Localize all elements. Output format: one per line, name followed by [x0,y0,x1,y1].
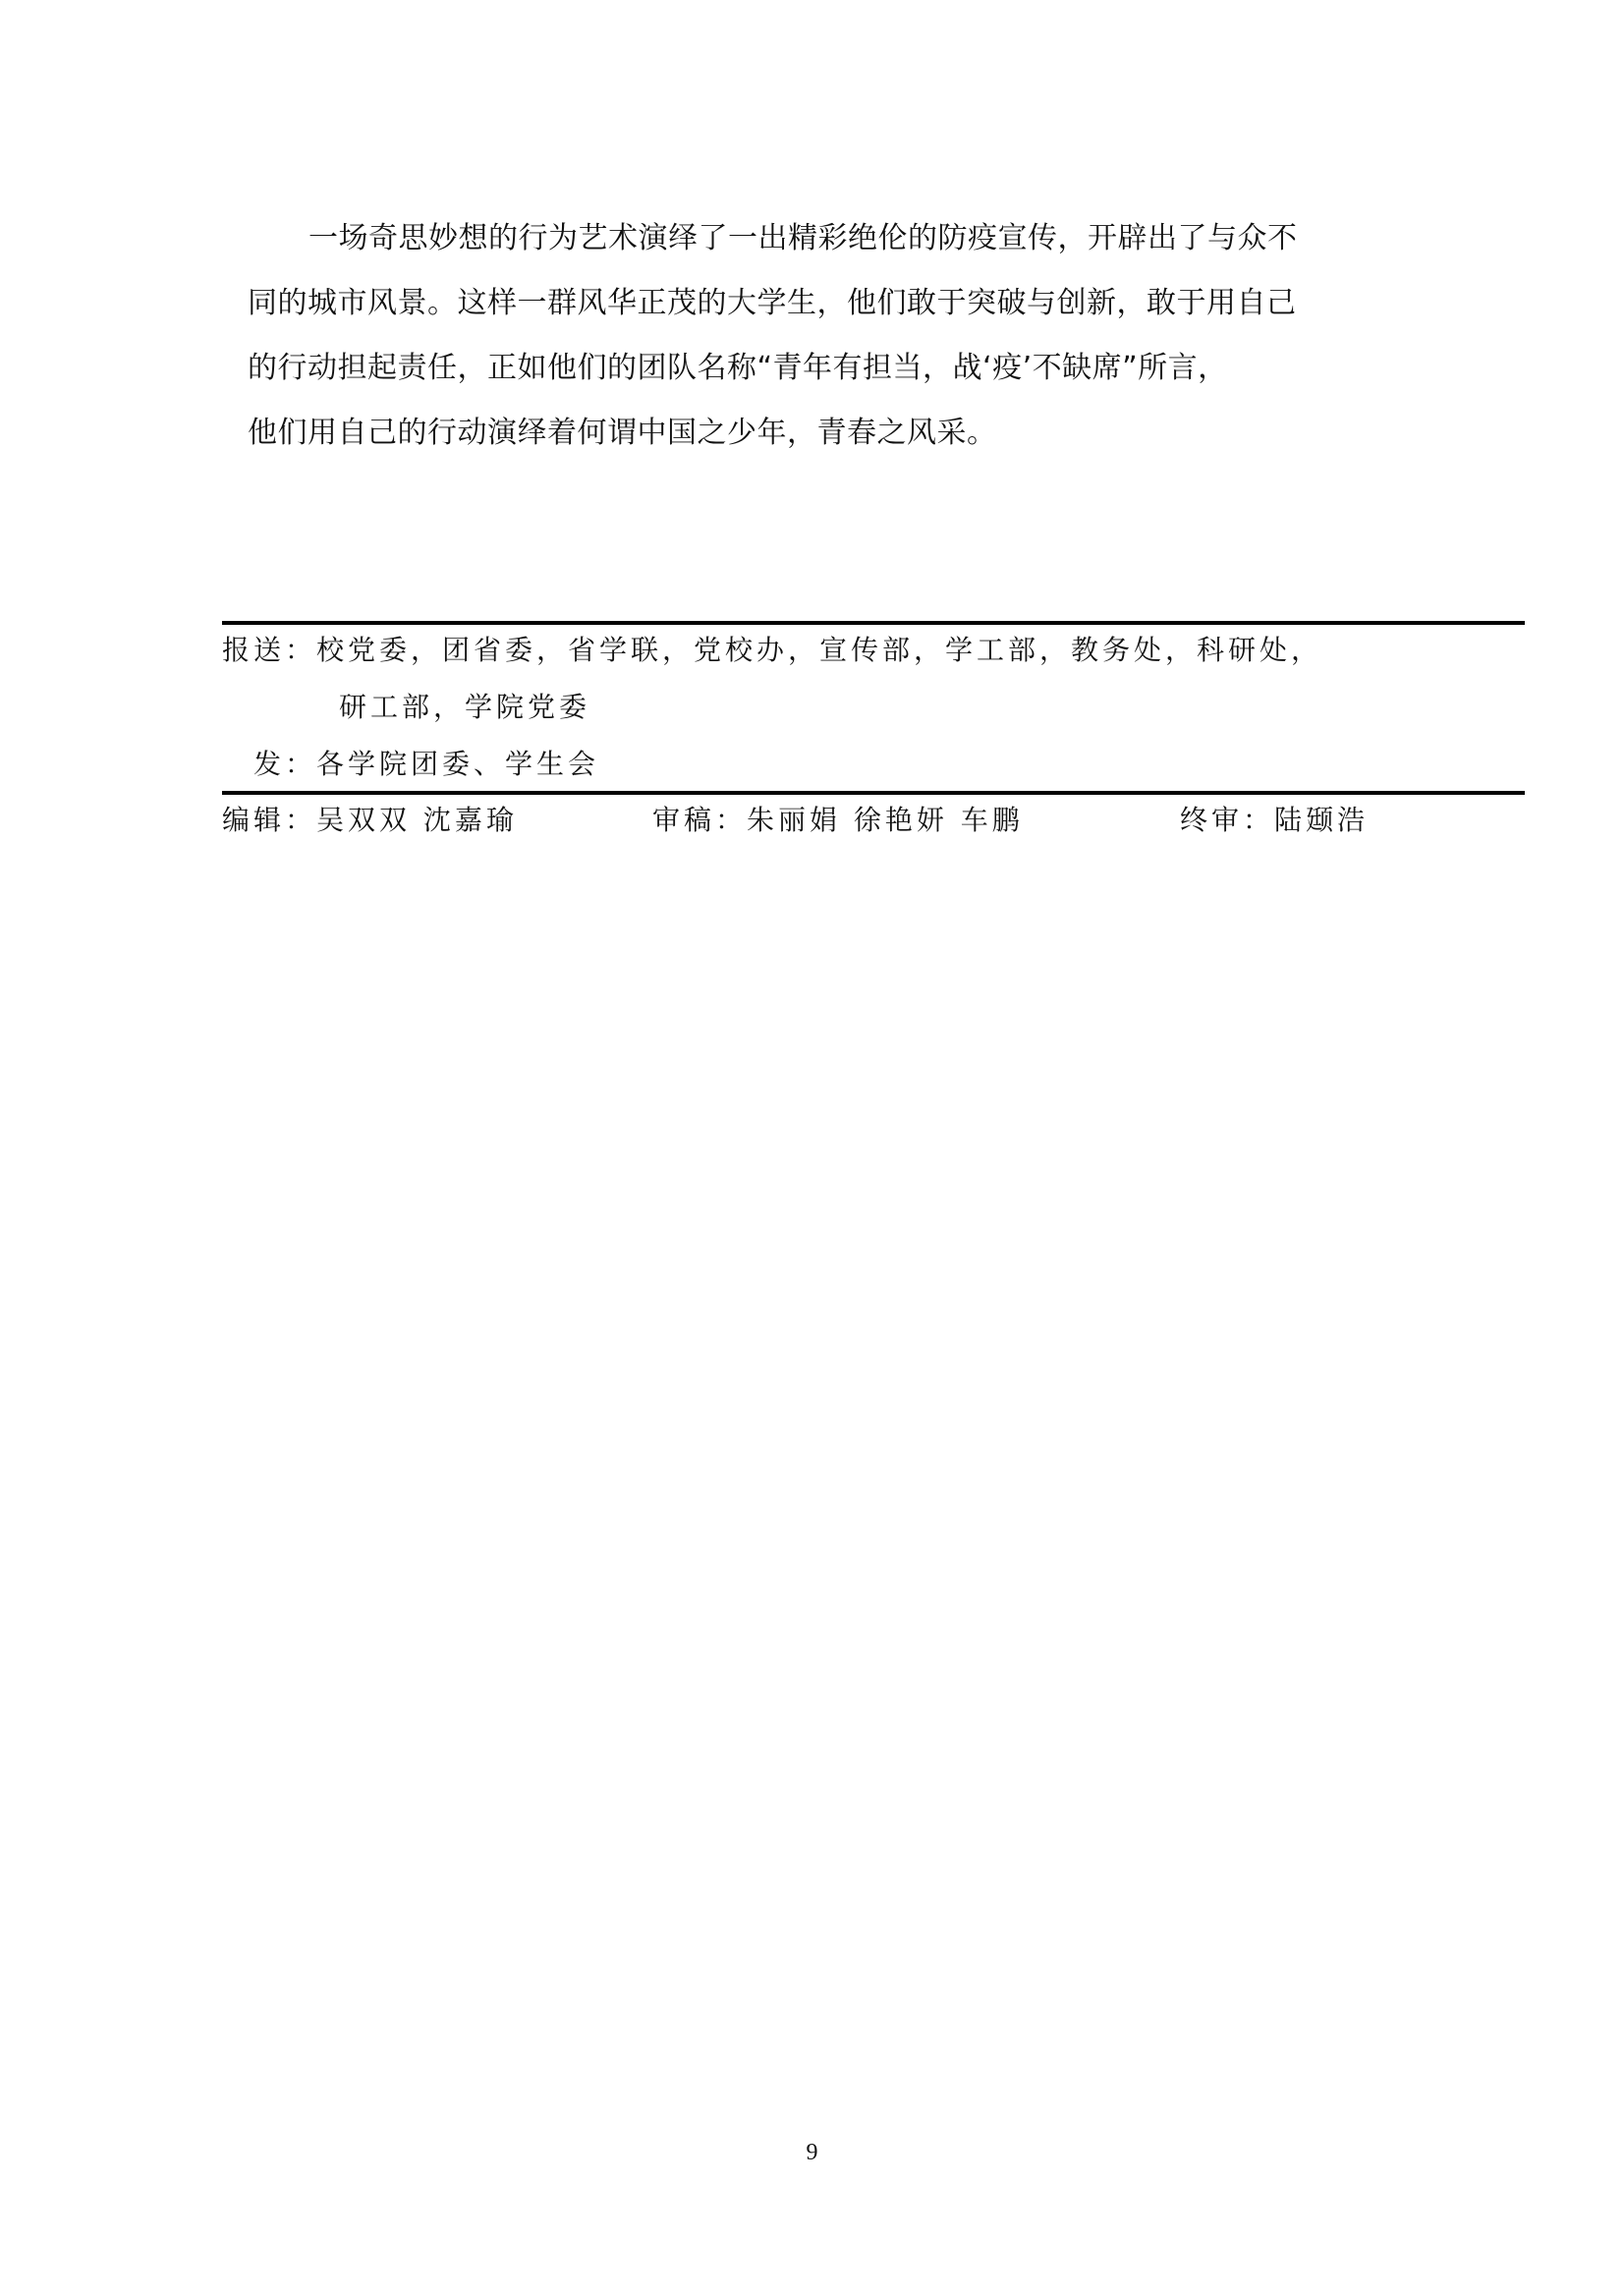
article-paragraph: 一场奇思妙想的行为艺术演绎了一出精彩绝伦的防疫宣传，开辟出了与众不同的城市风景。… [248,206,1392,466]
footer-top-rule [222,621,1525,625]
distribute-to-line: 发：各学院团委、学生会 [253,745,599,784]
editors-credit: 编辑：吴双双 沈嘉瑜 [222,801,518,840]
paragraph-line-1: 一场奇思妙想的行为艺术演绎了一出精彩绝伦的防疫宣传，开辟出了与众不 [308,221,1298,255]
footer-bottom-rule [222,791,1525,795]
page-number: 9 [0,2140,1624,2166]
reviewers-credit: 审稿：朱丽娟 徐艳妍 车鹏 [652,801,1024,840]
report-to-line-1: 报送：校党委，团省委，省学联，党校办，宣传部，学工部，教务处，科研处， [222,631,1322,670]
paragraph-line-4: 他们用自己的行动演绎着何谓中国之少年，青春之风采。 [248,416,997,450]
final-review-credit: 终审：陆颋浩 [1180,801,1369,840]
paragraph-line-2: 同的城市风景。这样一群风华正茂的大学生，他们敢于突破与创新，敢于用自己 [248,286,1297,320]
credits-line: 编辑：吴双双 沈嘉瑜 审稿：朱丽娟 徐艳妍 车鹏 终审：陆颋浩 [222,801,1525,840]
report-to-line-2: 研工部，学院党委 [339,688,590,727]
paragraph-line-3: 的行动担起责任，正如他们的团队名称“青年有担当，战‘疫’不缺席”所言， [248,351,1228,385]
document-page: 一场奇思妙想的行为艺术演绎了一出精彩绝伦的防疫宣传，开辟出了与众不同的城市风景。… [0,0,1624,2296]
